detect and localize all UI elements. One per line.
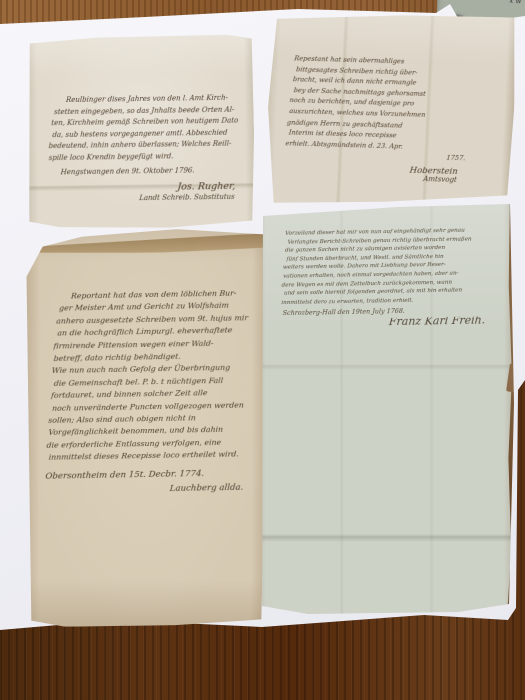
handwriting-block: Reulbinger dises Jahres von den l. Amt K… xyxy=(44,92,248,205)
handwriting-line: innmittelst dieses Recepisse loco erthei… xyxy=(48,449,250,465)
signature: Franz Karl Freih. xyxy=(389,316,494,326)
document-top-right: Repestant hat sein abermahliges bittgesa… xyxy=(264,7,519,214)
date-line: Hengstwangen den 9t. Oktober 1796. xyxy=(60,165,243,179)
handwriting-block: Vorzeiland dieser hat mir von nun auf ei… xyxy=(279,226,500,328)
document-top-left: Reulbinger dises Jahres von den l. Amt K… xyxy=(27,34,256,229)
photo-of-documents: x w Reulbinger dises Jahres von den l. A… xyxy=(0,0,525,700)
signature: Lauchberg allda. xyxy=(43,482,244,498)
date-line: Obersontheim den 15t. Decbr. 1774. xyxy=(45,467,249,483)
handwriting-block: Repestant hat sein abermahliges bittgesa… xyxy=(280,53,507,185)
handwriting-line: spille loco Krendin beygefügt wird. xyxy=(48,150,244,164)
handwriting-block: Reportant hat das von dem löblichen Bur-… xyxy=(43,287,261,497)
document-bottom-left: Reportant hat das von dem löblichen Bur-… xyxy=(25,229,266,628)
pencil-marks: x w xyxy=(509,0,521,5)
signature-title: Landt Schreib. Substitutus xyxy=(47,192,235,206)
document-bottom-right: Vorzeiland dieser hat mir von nun auf ei… xyxy=(258,204,514,614)
